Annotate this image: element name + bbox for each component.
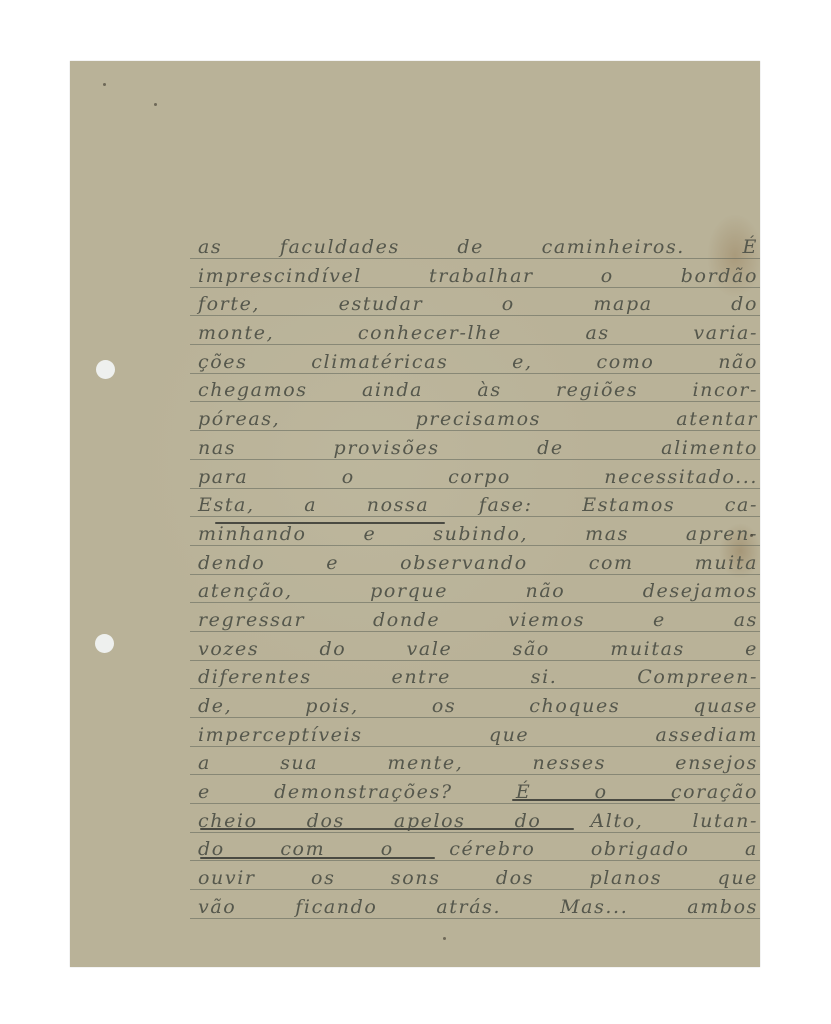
paper-speck <box>443 937 446 940</box>
text-line-23: ouvir os sons dos planos que <box>198 864 758 892</box>
text-line-14: regressar donde viemos e as <box>198 606 758 634</box>
text-line-4: monte, conhecer-lhe as varia- <box>198 319 758 347</box>
text-line-21: cheio dos apelos do Alto, lutan- <box>198 807 758 835</box>
text-line-1: as faculdades de caminheiros. É <box>198 233 758 261</box>
paper-speck <box>103 83 106 86</box>
text-line-24: vão ficando atrás. Mas... ambos <box>198 893 758 921</box>
text-line-13: atenção, porque não desejamos <box>198 577 758 605</box>
text-line-11: minhando e subindo, mas apren- <box>198 520 758 548</box>
manuscript-page: as faculdades de caminheiros. É impresci… <box>70 61 760 967</box>
underline-do-com-o-cerebro <box>200 857 435 859</box>
text-line-3: forte, estudar o mapa do <box>198 290 758 318</box>
text-line-10: Esta, a nossa fase: Estamos ca- <box>198 491 758 519</box>
text-line-9: para o corpo necessitado... <box>198 463 758 491</box>
punch-hole-top <box>96 360 115 379</box>
text-line-12: dendo e observando com muita <box>198 549 758 577</box>
text-line-20: e demonstrações? É o coração <box>198 778 758 806</box>
text-line-2: imprescindível trabalhar o bordão <box>198 262 758 290</box>
paper-speck <box>154 103 157 106</box>
text-line-17: de, pois, os choques quase <box>198 692 758 720</box>
underline-esta-a-nossa-fase <box>215 522 445 524</box>
text-line-16: diferentes entre si. Compreen- <box>198 663 758 691</box>
underline-e-o-coracao <box>512 799 675 801</box>
underline-cheio-dos-apelos <box>200 828 574 830</box>
paper-speck <box>750 534 753 537</box>
punch-hole-bottom <box>95 634 114 653</box>
text-line-22: do com o cérebro obrigado a <box>198 835 758 863</box>
text-line-8: nas provisões de alimento <box>198 434 758 462</box>
text-line-18: imperceptíveis que assediam <box>198 721 758 749</box>
text-line-7: póreas, precisamos atentar <box>198 405 758 433</box>
text-line-19: a sua mente, nesses ensejos <box>198 749 758 777</box>
text-line-15: vozes do vale são muitas e <box>198 635 758 663</box>
text-line-5: ções climatéricas e, como não <box>198 348 758 376</box>
text-line-6: chegamos ainda às regiões incor- <box>198 376 758 404</box>
